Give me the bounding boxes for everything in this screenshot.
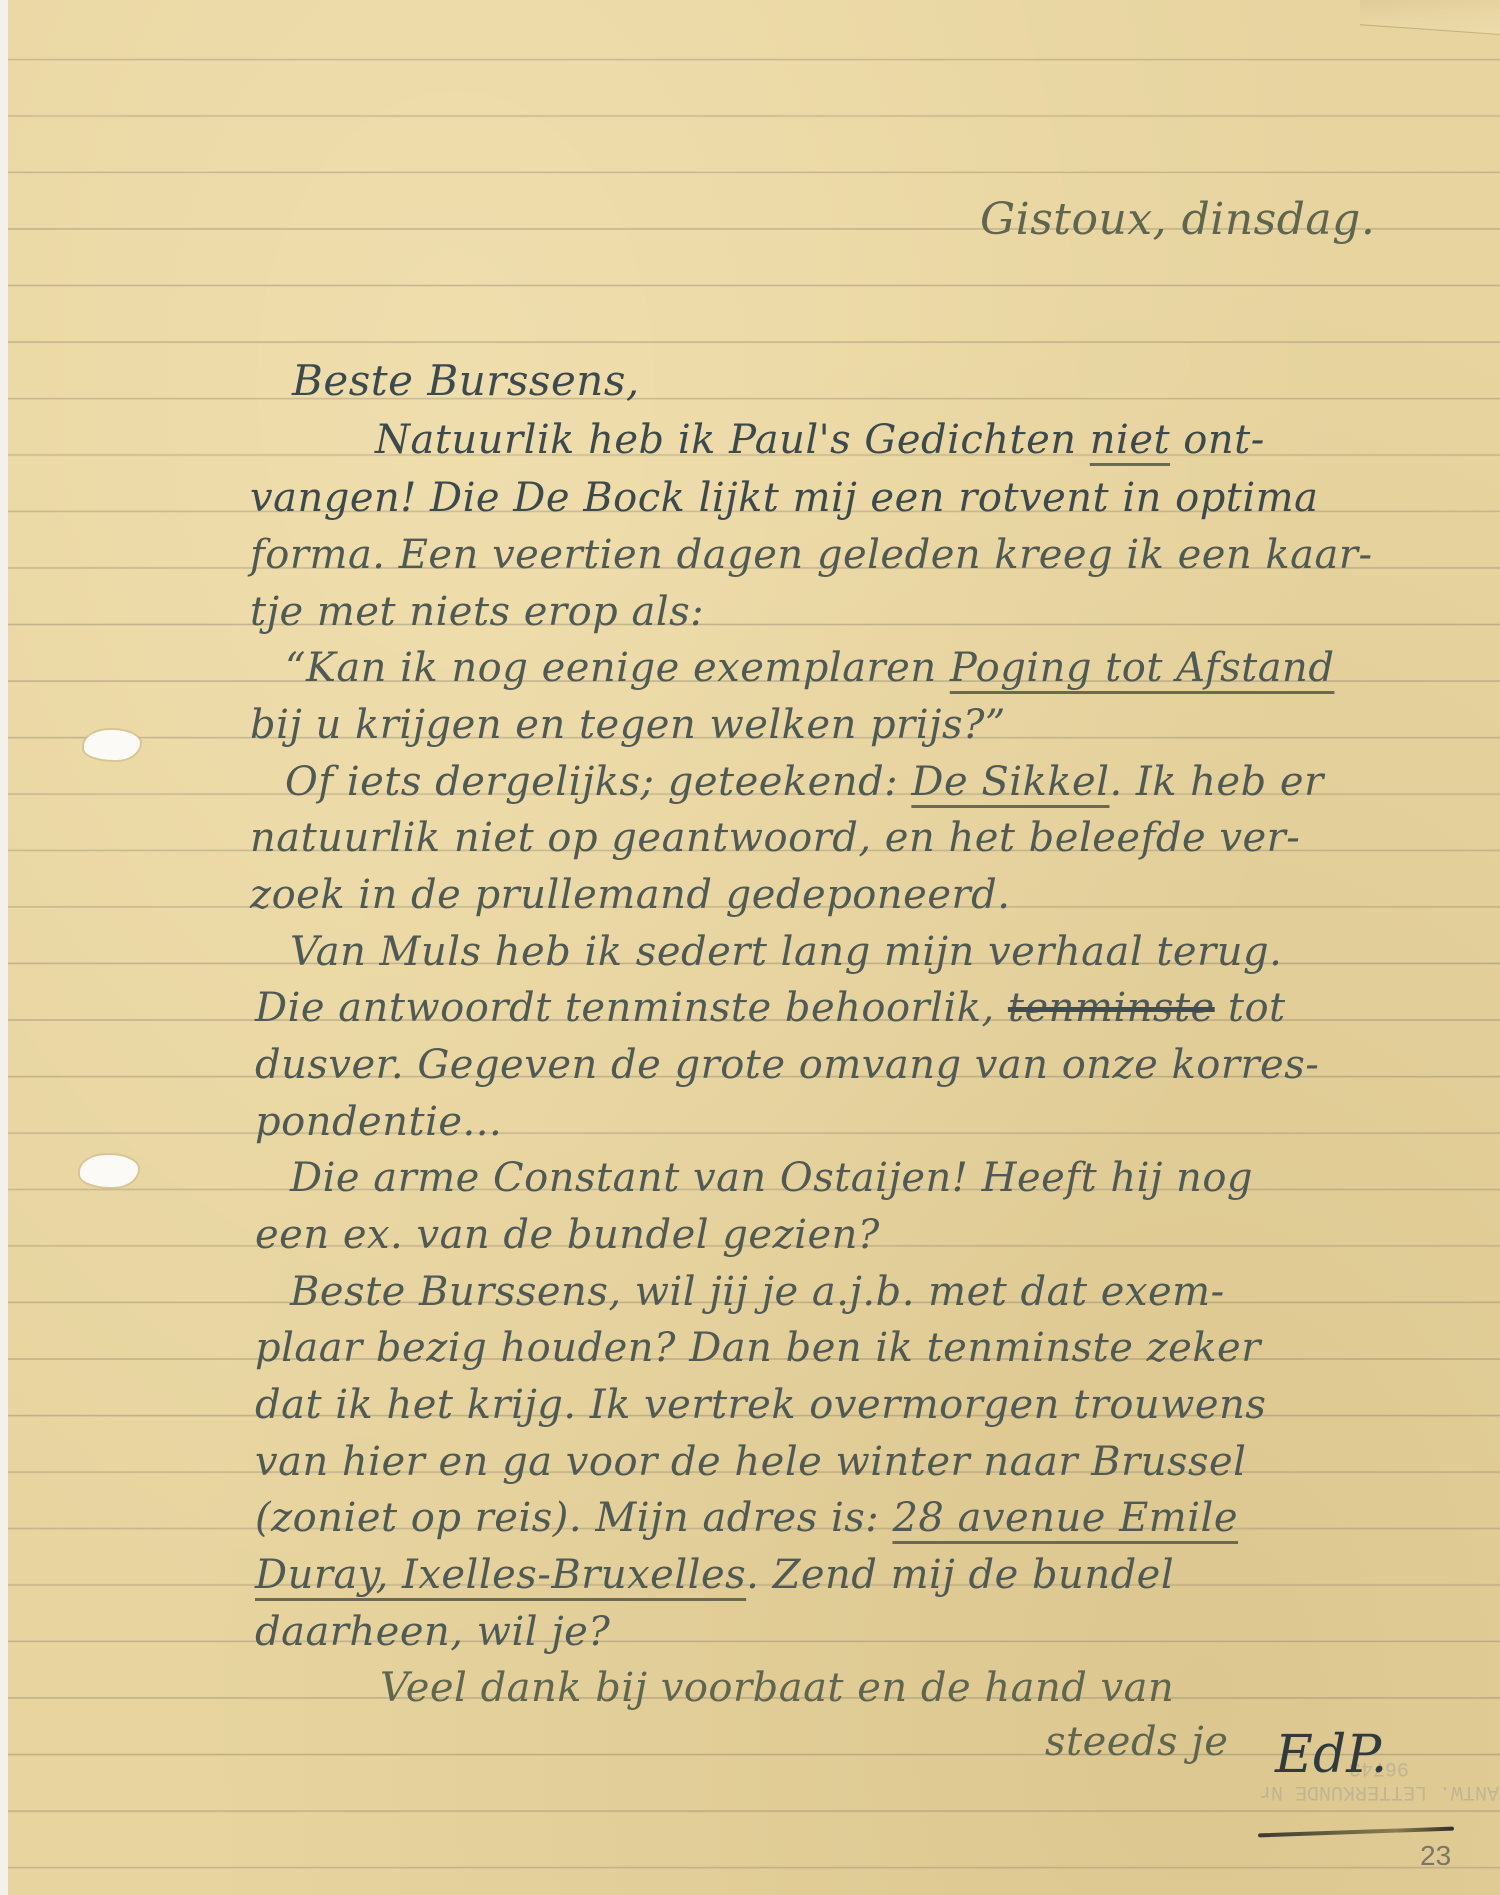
struck-word: tenminste [1008, 985, 1215, 1031]
letter-line: Beste Burssens, wil jij je a.j.b. met da… [290, 1272, 1225, 1312]
line-text: Die antwoordt tenminste behoorlik, [255, 985, 1008, 1031]
underlined-address: Duray, Ixelles-Bruxelles [255, 1552, 746, 1598]
punch-hole-top [84, 730, 140, 760]
letter-line: zoek in de prullemand gedeponeerd. [250, 875, 1010, 915]
letter-line: dusver. Gegeven de grote omvang van onze… [255, 1045, 1319, 1085]
page-number: 23 [1420, 1840, 1451, 1872]
punch-hole-bottom [80, 1155, 138, 1187]
line-text: . Zend mij de bundel [746, 1552, 1174, 1598]
closing: steeds je [1045, 1722, 1228, 1762]
letter-line: (zoniet op reis). Mijn adres is: 28 aven… [255, 1498, 1238, 1538]
letter-line: bij u krijgen en tegen welken prijs?” [250, 705, 1006, 745]
letter-line: Van Muls heb ik sedert lang mijn verhaal… [290, 932, 1282, 972]
letter-line: vangen! Die De Bock lijkt mij een rotven… [250, 478, 1318, 518]
underlined-name: De Sikkel [911, 759, 1109, 805]
salutation: Beste Burssens, [292, 360, 640, 402]
folded-corner [1360, 0, 1500, 35]
letter-line: pondentie... [255, 1102, 502, 1142]
letter-line: forma. Een veertien dagen geleden kreeg … [250, 535, 1373, 575]
underlined-title: Poging tot Afstand [950, 645, 1335, 691]
line-text: ont- [1170, 417, 1265, 463]
letter-line: van hier en ga voor de hele winter naar … [255, 1442, 1246, 1482]
letter-line: Duray, Ixelles-Bruxelles. Zend mij de bu… [255, 1555, 1174, 1595]
line-text: tot [1215, 985, 1286, 1031]
letter-line: “Kan ik nog eenige exemplaren Poging tot… [285, 648, 1334, 688]
letter-line: Veel dank bij voorbaat en de hand van [380, 1668, 1174, 1708]
line-text: Of iets dergelijks; geteekend: [285, 759, 911, 805]
letter-line: plaar bezig houden? Dan ben ik tenminste… [255, 1328, 1261, 1368]
letter-line: daarheen, wil je? [255, 1612, 610, 1652]
letter-line: tje met niets erop als: [250, 592, 704, 632]
line-text: (zoniet op reis). Mijn adres is: [255, 1495, 892, 1541]
letter-line: Natuurlik heb ik Paul's Gedichten niet o… [375, 420, 1265, 460]
letter-line: dat ik het krijg. Ik vertrek overmorgen … [255, 1385, 1266, 1425]
signature: EdP. [1275, 1725, 1387, 1785]
letter-line: natuurlik niet op geantwoord, en het bel… [250, 818, 1300, 858]
place-date: Gistoux, dinsdag. [980, 198, 1375, 242]
line-text: Natuurlik heb ik Paul's Gedichten [375, 417, 1090, 463]
line-text: . Ik heb er [1109, 759, 1323, 805]
underlined-address: 28 avenue Emile [892, 1495, 1238, 1541]
letter-line: Die antwoordt tenminste behoorlik, tenmi… [255, 988, 1286, 1028]
letter-line: een ex. van de bundel gezien? [255, 1215, 880, 1255]
line-text: “Kan ik nog eenige exemplaren [285, 645, 950, 691]
letter-line: Of iets dergelijks; geteekend: De Sikkel… [285, 762, 1324, 802]
underlined-word: niet [1090, 417, 1170, 463]
letter-line: Die arme Constant van Ostaijen! Heeft hi… [290, 1158, 1253, 1198]
